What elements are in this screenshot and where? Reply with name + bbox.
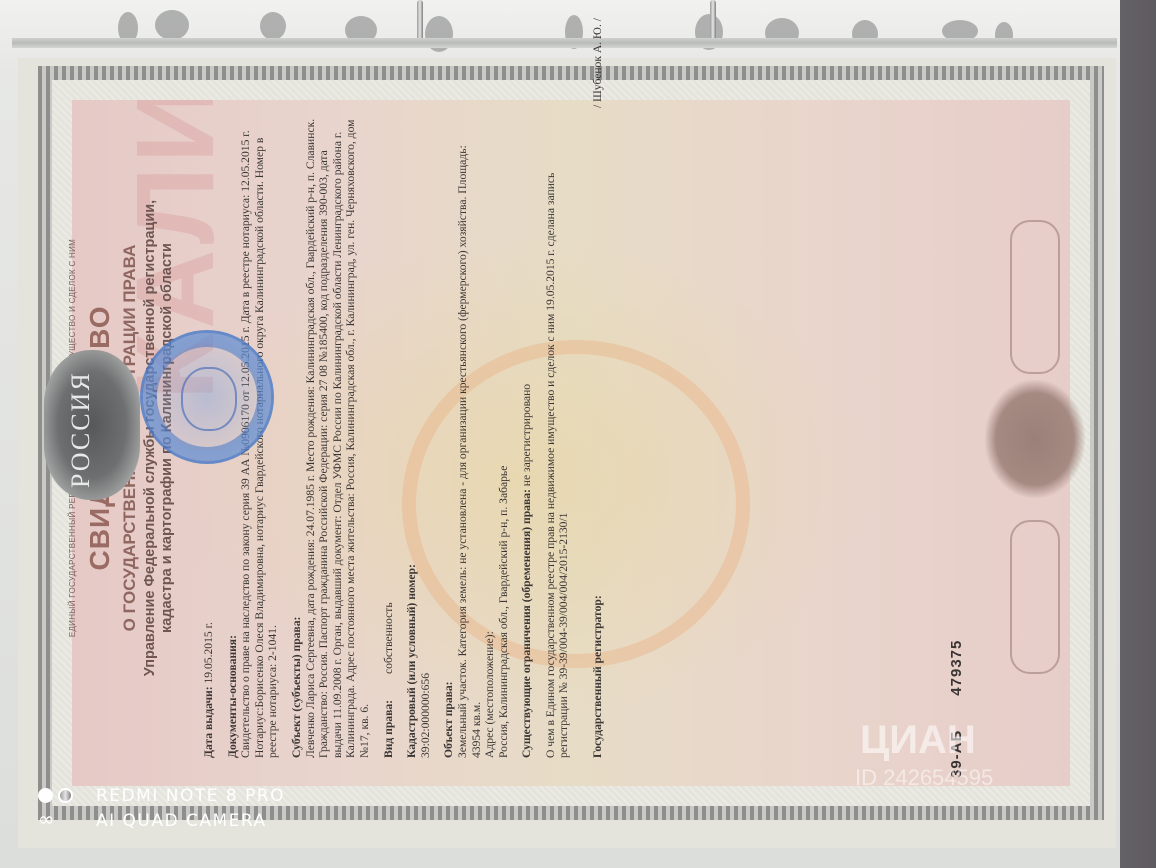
infinity-icon: ∞	[38, 810, 55, 828]
sleeve-edge	[12, 38, 1117, 48]
dot-icon	[38, 788, 53, 803]
restrictions-label: Существующие ограничения (обременения) п…	[520, 489, 533, 758]
restrictions: Существующие ограничения (обременения) п…	[520, 118, 534, 758]
listing-id: ID 242654595	[855, 765, 993, 791]
official-stamp-icon	[140, 330, 274, 464]
punch-hole	[155, 10, 189, 40]
record-text: О чем в Едином государственном реестре п…	[544, 118, 571, 758]
cadastral-value: 39:02:000000:656	[419, 118, 433, 758]
serial-digits: 479375	[948, 640, 965, 696]
issue-date-value: 19.05.2015 г.	[202, 622, 215, 683]
right-type-value: собственность	[382, 602, 395, 674]
camera-tagline: AI QUAD CAMERA	[96, 811, 267, 831]
registrar-name: / Шубенок А. Ю. /	[591, 18, 605, 108]
cadastral-label: Кадастровый (или условный) номер:	[405, 118, 419, 758]
camera-model: REDMI NOTE 8 PRO	[96, 786, 285, 806]
restrictions-value: не зарегистрировано	[520, 384, 533, 486]
right-type-label: Вид права:	[382, 700, 395, 758]
issue-date-label: Дата выдачи:	[202, 686, 215, 758]
object-text: Земельный участок. Категория земель: не …	[456, 118, 483, 758]
camera-dots-infinity-icon: ∞	[38, 786, 78, 830]
stamp-eagle-icon	[181, 367, 237, 431]
object-label: Объект права:	[442, 118, 456, 758]
subject-text: Левченко Лариса Сергеевна, дата рождения…	[304, 118, 372, 758]
registrar-label: Государственный регистратор:	[591, 595, 604, 758]
listing-watermark: ЦИАН	[860, 718, 976, 763]
rossiya-label: РОССИЯ	[66, 371, 96, 488]
certificate-body: Дата выдачи: 19.05.2015 г. Документы-осн…	[202, 118, 605, 758]
ribbon-scroll-icon	[1010, 220, 1060, 374]
address-text: Россия, Калининградская обл., Гвардейски…	[497, 118, 511, 758]
ring-icon	[58, 788, 73, 803]
subject-label: Субъект (субъекты) права:	[290, 118, 304, 758]
signature-row: Государственный регистратор: / Шубенок А…	[591, 118, 605, 758]
address-label: Адрес (местоположение):	[483, 118, 497, 758]
punch-hole	[260, 12, 286, 40]
right-type: Вид права:собственность	[382, 118, 396, 758]
ribbon-scroll-icon	[1010, 520, 1060, 674]
